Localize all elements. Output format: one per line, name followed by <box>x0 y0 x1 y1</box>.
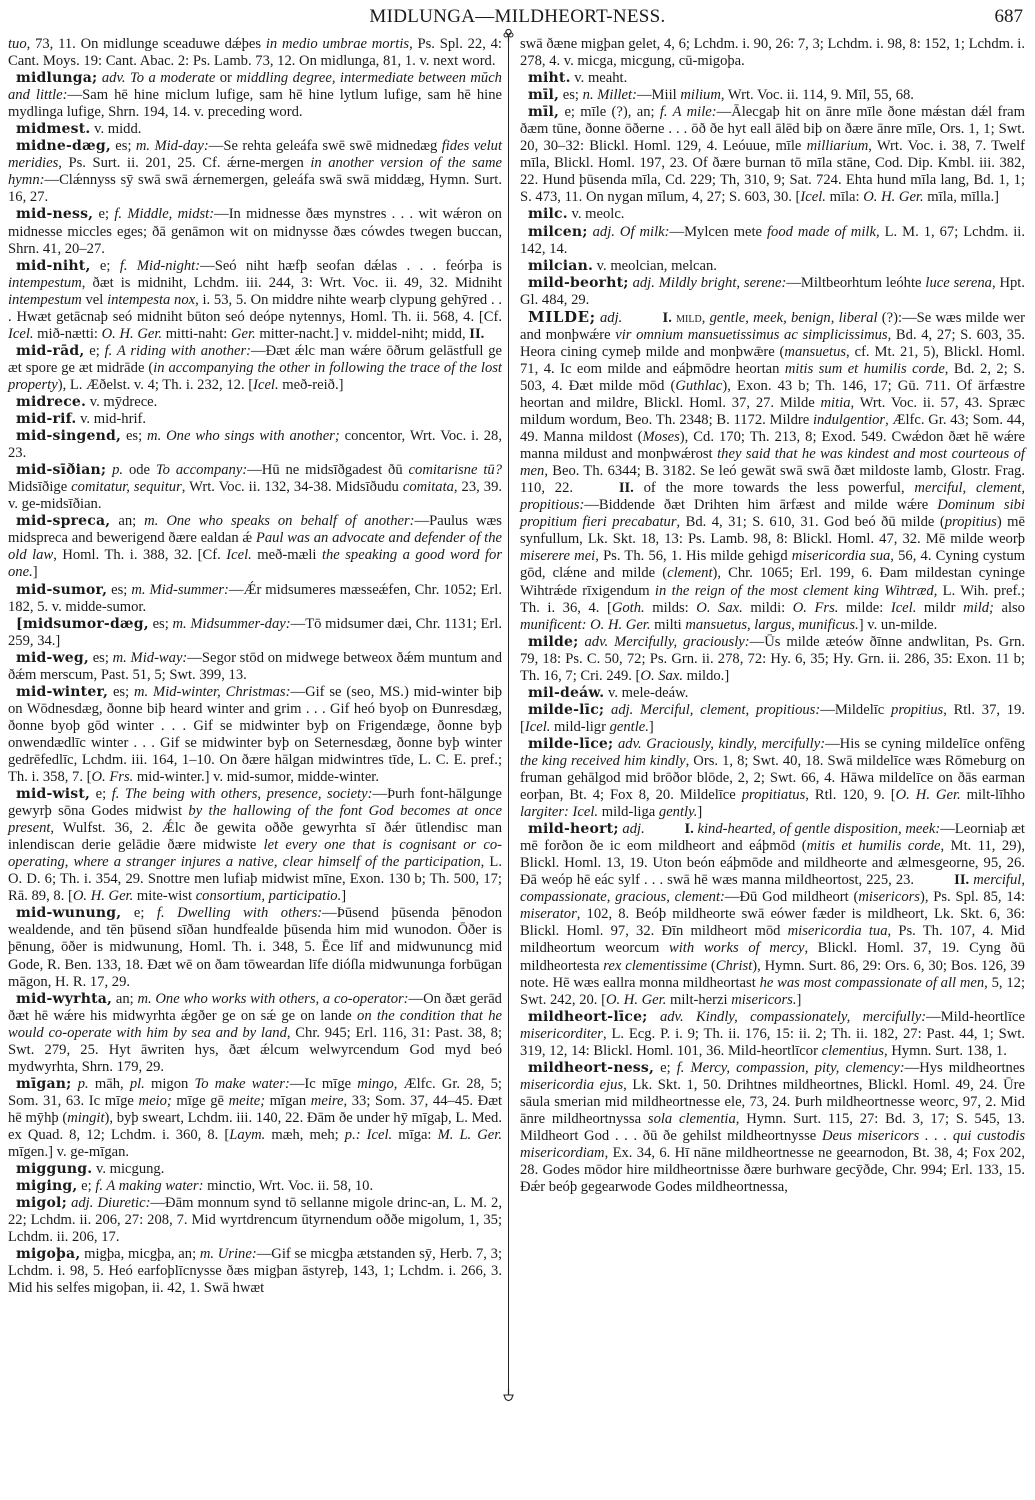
headword: mid-niht, <box>16 258 91 274</box>
entry-body: tuo, 73, 11. On midlunge sceaduwe dǽþes … <box>8 36 502 69</box>
dictionary-entry: mīl, es; n. Millet:—Miil milium, Wrt. Vo… <box>520 87 1025 104</box>
dictionary-entry: mīl, e; mīle (?), an; f. A mile:—Ālecgaþ… <box>520 104 1025 206</box>
dictionary-entry: mid-singend, es; m. One who sings with a… <box>8 428 502 462</box>
headword: mīl, <box>528 104 559 120</box>
entry-body: adj. I. kind-hearted, of gentle disposit… <box>520 821 1025 1007</box>
headword: mid-rād, <box>16 343 84 359</box>
headword: mīl, <box>528 87 559 103</box>
headword: mid-rif. <box>16 411 76 427</box>
dictionary-entry: mild-beorht; adj. Mildly bright, serene:… <box>520 275 1025 309</box>
dictionary-entry: mid-niht, e; f. Mid-night:—Seó niht hæfþ… <box>8 258 502 343</box>
dictionary-entry: miging, e; f. A making water: minctio, W… <box>8 1178 502 1195</box>
headword: mid-singend, <box>16 428 121 444</box>
entry-body: p. māh, pl. migon To make water:—Ic mīge… <box>8 1076 502 1160</box>
headword: milcen; <box>528 224 588 240</box>
headword: migoþa, <box>16 1246 80 1262</box>
headword: mid-winter, <box>16 684 108 700</box>
entry-body: e; f. The being with others, presence, s… <box>8 786 502 904</box>
entry-body: v. meaht. <box>571 70 628 86</box>
divider-bottom-ornament-icon <box>502 1389 515 1403</box>
dictionary-entry: mid-rād, e; f. A riding with another:—Ðæ… <box>8 343 502 394</box>
entry-body: e; mīle (?), an; f. A mile:—Ālecgaþ hit … <box>520 104 1025 205</box>
entry-body: migþa, micgþa, an; m. Urine:—Gif se micg… <box>8 1246 502 1296</box>
dictionary-entry: mid-sumor, es; m. Mid-summer:—Ǽr midsume… <box>8 582 502 616</box>
headword: midrece. <box>16 394 86 410</box>
headword: mild-beorht; <box>528 275 629 291</box>
right-column: swā ðæne migþan gelet, 4, 6; Lchdm. i. 9… <box>520 36 1025 1196</box>
page-title: MIDLUNGA—MILDHEORT-NESS. <box>0 6 1035 28</box>
headword: mildheort-ness, <box>528 1060 654 1076</box>
headword: midne-dæg, <box>16 138 111 154</box>
dictionary-entry: mil-deáw. v. mele-deáw. <box>520 685 1025 702</box>
dictionary-entry: midlunga; adv. To a moderate or middling… <box>8 70 502 121</box>
dictionary-entry: mid-ness, e; f. Middle, midst:—In midnes… <box>8 206 502 257</box>
entry-body: e; f. A making water: minctio, Wrt. Voc.… <box>77 1178 373 1194</box>
headword: mid-wist, <box>16 786 90 802</box>
entry-body: adj. I. mild, gentle, meek, benign, libe… <box>520 310 1025 633</box>
dictionary-entry: mid-wyrhta, an; m. One who works with ot… <box>8 991 502 1076</box>
dictionary-entry: migoþa, migþa, micgþa, an; m. Urine:—Gif… <box>8 1246 502 1297</box>
divider-top-ornament-icon <box>502 28 515 42</box>
headword: mid-wyrhta, <box>16 991 112 1007</box>
entry-body: v. mele-deáw. <box>604 685 688 701</box>
headword: mil-deáw. <box>528 685 604 701</box>
page-number: 687 <box>995 6 1024 28</box>
dictionary-entry: MILDE; adj. I. mild, gentle, meek, benig… <box>520 309 1025 634</box>
left-column: tuo, 73, 11. On midlunge sceaduwe dǽþes … <box>8 36 502 1297</box>
dictionary-entry: milcian. v. meolcian, melcan. <box>520 258 1025 275</box>
dictionary-entry: midmest. v. midd. <box>8 121 502 138</box>
dictionary-entry: milde; adv. Mercifully, graciously:—Ūs m… <box>520 634 1025 685</box>
dictionary-entry: mild-heort; adj. I. kind-hearted, of gen… <box>520 821 1025 1009</box>
dictionary-entry: milde-līce; adv. Graciously, kindly, mer… <box>520 736 1025 821</box>
entry-body: adv. Mercifully, graciously:—Ūs milde æt… <box>520 634 1025 684</box>
dictionary-entry: midrece. v. mȳdrece. <box>8 394 502 411</box>
headword: mid-wunung, <box>16 905 121 921</box>
dictionary-entry: miht. v. meaht. <box>520 70 1025 87</box>
entry-body: v. meolcian, melcan. <box>593 258 717 274</box>
headword: mid-sumor, <box>16 582 107 598</box>
headword: MILDE; <box>528 308 596 326</box>
dictionary-entry: mid-sīðian; p. ode To accompany:—Hū ne m… <box>8 462 502 513</box>
headword: mid-sīðian; <box>16 462 106 478</box>
headword: mīgan; <box>16 1076 72 1092</box>
entry-body: adj. Of milk:—Mylcen mete food made of m… <box>520 224 1025 257</box>
entry-body: adj. Diuretic:—Ðām monnum synd tō sellan… <box>8 1195 502 1245</box>
headword: milde; <box>528 634 579 650</box>
dictionary-entry: mid-wunung, e; f. Dwelling with others:—… <box>8 905 502 990</box>
entry-body: v. meolc. <box>568 206 625 222</box>
dictionary-entry: mid-weg, es; m. Mid-way:—Segor stōd on m… <box>8 650 502 684</box>
headword: mildheort-līce; <box>528 1009 648 1025</box>
entry-body: es; n. Millet:—Miil milium, Wrt. Voc. ii… <box>559 87 914 103</box>
dictionary-entry: milde-līc; adj. Merciful, clement, propi… <box>520 702 1025 736</box>
dictionary-entry: mid-wist, e; f. The being with others, p… <box>8 786 502 905</box>
dictionary-entry: [midsumor-dæg, es; m. Midsummer-day:—Tō … <box>8 616 502 650</box>
headword: midlunga; <box>16 70 97 86</box>
dictionary-entry: milc. v. meolc. <box>520 206 1025 223</box>
headword: mid-weg, <box>16 650 89 666</box>
dictionary-entry: midne-dæg, es; m. Mid-day:—Se rehta gele… <box>8 138 502 206</box>
column-divider <box>508 40 509 1392</box>
entry-continuation: swā ðæne migþan gelet, 4, 6; Lchdm. i. 9… <box>520 36 1025 70</box>
headword: milde-līce; <box>528 736 613 752</box>
dictionary-entry: mīgan; p. māh, pl. migon To make water:—… <box>8 1076 502 1161</box>
dictionary-entry: mid-spreca, an; m. One who speaks on beh… <box>8 513 502 581</box>
dictionary-entry: miggung. v. micgung. <box>8 1161 502 1178</box>
headword: milcian. <box>528 258 593 274</box>
headword: mid-ness, <box>16 206 93 222</box>
entry-body: v. mȳdrece. <box>86 394 157 410</box>
dictionary-entry: mildheort-līce; adv. Kindly, compassiona… <box>520 1009 1025 1060</box>
dictionary-entry: mid-rif. v. mid-hrif. <box>8 411 502 428</box>
dictionary-entry: milcen; adj. Of milk:—Mylcen mete food m… <box>520 224 1025 258</box>
headword: mild-heort; <box>528 821 619 837</box>
dictionary-entry: mildheort-ness, e; f. Mercy, compassion,… <box>520 1060 1025 1196</box>
entry-body: e; f. Mercy, compassion, pity, clemency:… <box>520 1060 1025 1195</box>
headword: mid-spreca, <box>16 513 110 529</box>
entry-body: swā ðæne migþan gelet, 4, 6; Lchdm. i. 9… <box>520 36 1025 69</box>
entry-continuation: tuo, 73, 11. On midlunge sceaduwe dǽþes … <box>8 36 502 70</box>
headword: [midsumor-dæg, <box>16 616 149 632</box>
entry-body: v. mid-hrif. <box>76 411 146 427</box>
headword: miht. <box>528 70 571 86</box>
entry-body: v. micgung. <box>92 1161 164 1177</box>
headword: migol; <box>16 1195 67 1211</box>
entry-body: v. midd. <box>90 121 141 137</box>
page-header: MIDLUNGA—MILDHEORT-NESS. 687 <box>0 4 1035 30</box>
headword: milc. <box>528 206 568 222</box>
headword: milde-līc; <box>528 702 604 718</box>
dictionary-entry: migol; adj. Diuretic:—Ðām monnum synd tō… <box>8 1195 502 1246</box>
headword: miggung. <box>16 1161 92 1177</box>
headword: midmest. <box>16 121 90 137</box>
headword: miging, <box>16 1178 77 1194</box>
dictionary-entry: mid-winter, es; m. Mid-winter, Christmas… <box>8 684 502 786</box>
